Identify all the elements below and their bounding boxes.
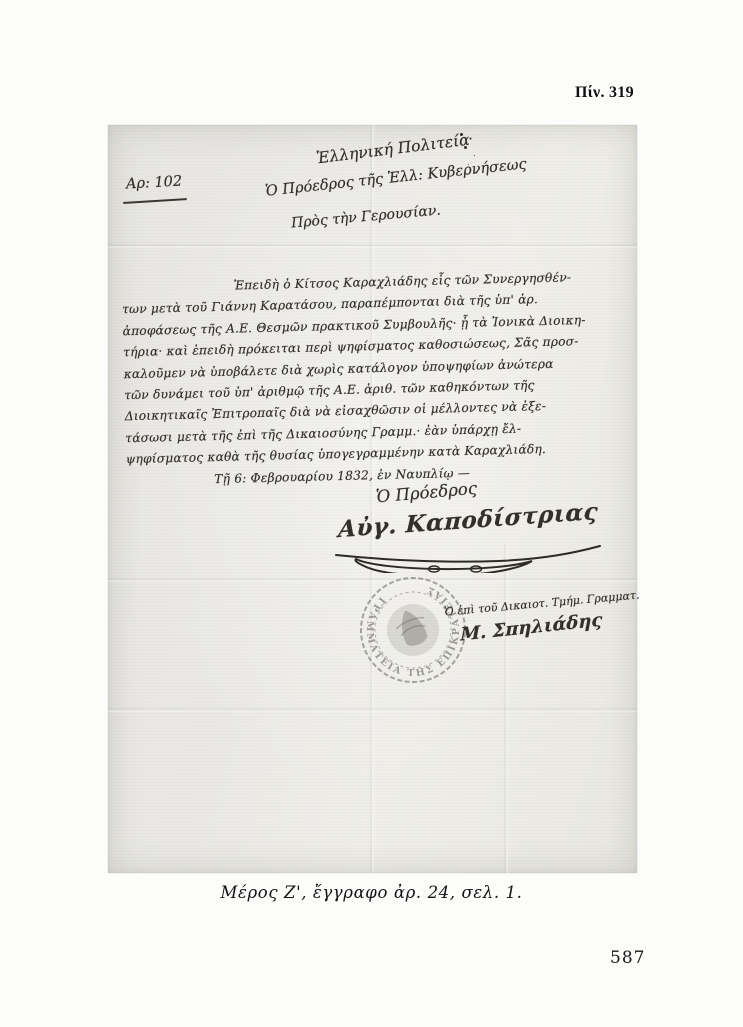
paper-texture [108, 125, 637, 873]
secretary-annotation: Ὁ ἐπὶ τοῦ Δικαιοτ. Τμήμ. Γραμματ. [444, 588, 640, 618]
vertical-fold-line [369, 125, 375, 873]
manuscript-heading-recipient: Πρὸς τὴν Γερουσίαν. [286, 202, 447, 232]
horizontal-fold-line-upper [108, 243, 637, 249]
figure-caption: Μέρος Ζ', ἔγγραφο ἀρ. 24, σελ. 1. [0, 883, 743, 902]
plate-label: Πίν. 319 [575, 84, 634, 102]
page-number: 587 [610, 948, 645, 968]
manuscript-photo: Αρ: 102 Ἑλληνική Πολιτεία Ὁ Πρόεδρος τῆς… [108, 125, 637, 873]
vertical-fold-line-lower [503, 545, 509, 873]
document-number-underline [123, 198, 187, 203]
horizontal-fold-line-lower [108, 707, 637, 713]
signature-flourish [334, 529, 604, 573]
document-number: Αρ: 102 [126, 174, 183, 193]
book-page: { "page": { "plate_label": "Πίν. 319", "… [0, 0, 743, 1027]
manuscript-body: Ἐπειδὴ ὁ Κίτσος Καραχλιάδης εἷς τῶν Συνε… [121, 269, 638, 495]
